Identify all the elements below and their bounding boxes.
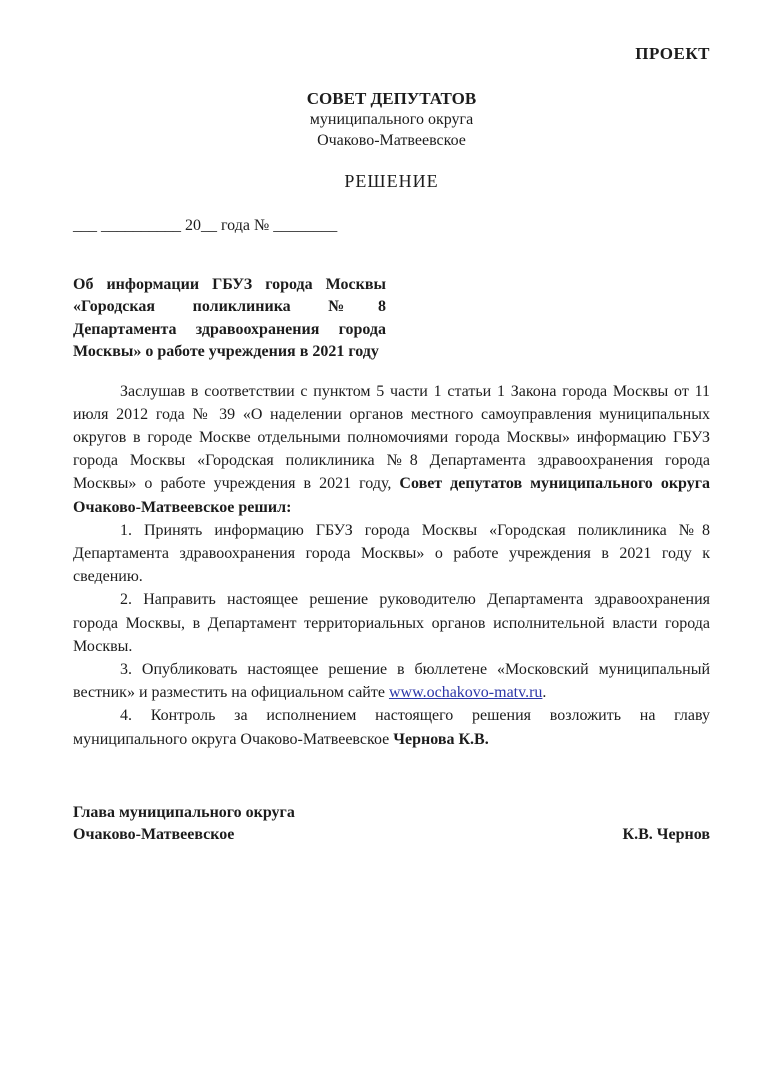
decision-item-4: 4. Контроль за исполнением настоящего ре…: [73, 704, 710, 750]
item-text: 4. Контроль за исполнением настоящего ре…: [73, 707, 710, 747]
document-body: Заслушав в соответствии с пунктом 5 част…: [73, 380, 710, 751]
document-type-heading: РЕШЕНИЕ: [73, 169, 710, 193]
signature-block: Глава муниципального округа Очаково-Матв…: [73, 802, 710, 846]
document-title: Об информации ГБУЗ города Москвы «Городс…: [73, 274, 386, 364]
council-name: СОВЕТ ДЕПУТАТОВ: [73, 88, 710, 109]
draft-stamp: ПРОЕКТ: [73, 43, 710, 65]
item-bold-text: Чернова К.В.: [393, 731, 488, 748]
organization-header: СОВЕТ ДЕПУТАТОВ муниципального округа Оч…: [73, 88, 710, 151]
preamble-paragraph: Заслушав в соответствии с пунктом 5 част…: [73, 380, 710, 519]
item-text: 2. Направить настоящее решение руководит…: [73, 591, 710, 654]
decision-item-3: 3. Опубликовать настоящее решение в бюлл…: [73, 658, 710, 704]
decision-item-1: 1. Принять информацию ГБУЗ города Москвы…: [73, 519, 710, 589]
website-link[interactable]: www.ochakovo-matv.ru: [389, 684, 542, 701]
signatory-position: Глава муниципального округа Очаково-Матв…: [73, 802, 295, 846]
signatory-name: К.В. Чернов: [623, 824, 710, 846]
item-text: 1. Принять информацию ГБУЗ города Москвы…: [73, 522, 710, 585]
decision-item-2: 2. Направить настоящее решение руководит…: [73, 588, 710, 658]
date-number-blank-line: ___ __________ 20__ года № ________: [73, 214, 710, 237]
document-page: ПРОЕКТ СОВЕТ ДЕПУТАТОВ муниципального ок…: [0, 0, 763, 1080]
signatory-position-line1: Глава муниципального округа: [73, 802, 295, 824]
district-name: Очаково-Матвеевское: [73, 130, 710, 151]
item-text-after: .: [542, 684, 546, 701]
signatory-position-line2: Очаково-Матвеевское: [73, 824, 295, 846]
municipal-district-line: муниципального округа: [73, 109, 710, 130]
